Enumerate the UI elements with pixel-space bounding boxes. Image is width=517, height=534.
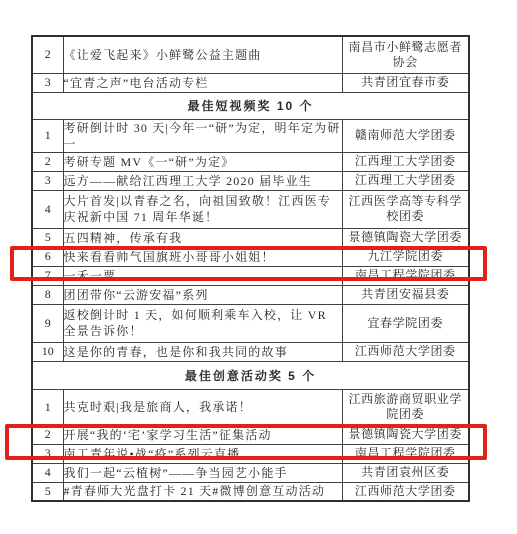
org-cell: 江西旅游商贸职业学院团委 bbox=[342, 389, 469, 425]
title-cell: 大片首发|以青春之名，向祖国致敬！江西医专庆祝新中国 71 周年华诞！ bbox=[63, 190, 342, 228]
title-cell: 五四精神，传承有我 bbox=[63, 228, 342, 247]
document-page: 2 《让爱飞起来》小鲜鹭公益主题曲 南昌市小鲜鹭志愿者协会 3 “宜青之声”电台… bbox=[0, 0, 517, 534]
rank-cell: 4 bbox=[32, 463, 63, 482]
title-cell: 团团带你“云游安福”系列 bbox=[63, 285, 342, 304]
table-row: 6 快来看看帅气国旗班小哥哥小姐姐！ 九江学院团委 bbox=[32, 247, 469, 266]
title-cell: 共克时艰|我是旅商人，我承诺！ bbox=[63, 389, 342, 425]
table-row: 4 大片首发|以青春之名，向祖国致敬！江西医专庆祝新中国 71 周年华诞！ 江西… bbox=[32, 190, 469, 228]
org-cell: 景德镇陶瓷大学团委 bbox=[342, 425, 469, 444]
rank-cell: 3 bbox=[32, 444, 63, 463]
table-row: 10 这是你的青春，也是你和我共同的故事 江西师范大学团委 bbox=[32, 342, 469, 361]
title-cell: 快来看看帅气国旗班小哥哥小姐姐！ bbox=[63, 247, 342, 266]
table-row: 3 远方——献给江西理工大学 2020 届毕业生 江西理工大学团委 bbox=[32, 171, 469, 190]
title-cell: 远方——献给江西理工大学 2020 届毕业生 bbox=[63, 171, 342, 190]
rank-cell: 3 bbox=[32, 73, 63, 92]
awards-table: 2 《让爱飞起来》小鲜鹭公益主题曲 南昌市小鲜鹭志愿者协会 3 “宜青之声”电台… bbox=[31, 35, 470, 502]
table-row: 5 #青春师大光盘打卡 21 天#微博创意互动活动 江西师范大学团委 bbox=[32, 482, 469, 501]
table-row-highlighted: 3 南工青年说•战“疫”系列云直播 南昌工程学院团委 bbox=[32, 444, 469, 463]
section-header-row: 最佳创意活动奖 5 个 bbox=[32, 361, 469, 389]
rank-cell: 4 bbox=[32, 190, 63, 228]
title-cell: 返校倒计时 1 天，如何顺利乘车入校，让 VR 全景告诉你！ bbox=[63, 304, 342, 342]
org-cell: 江西理工大学团委 bbox=[342, 171, 469, 190]
org-cell: 江西师范大学团委 bbox=[342, 342, 469, 361]
rank-cell: 2 bbox=[32, 152, 63, 171]
table-row: 1 共克时艰|我是旅商人，我承诺！ 江西旅游商贸职业学院团委 bbox=[32, 389, 469, 425]
org-cell: 宜春学院团委 bbox=[342, 304, 469, 342]
rank-cell: 1 bbox=[32, 389, 63, 425]
table-row: 8 团团带你“云游安福”系列 共青团安福县委 bbox=[32, 285, 469, 304]
table-row: 4 我们一起“云植树”——争当园艺小能手 共青团袁州区委 bbox=[32, 463, 469, 482]
table-row: 2 开展“我的‘宅’家学习生活”征集活动 景德镇陶瓷大学团委 bbox=[32, 425, 469, 444]
org-cell: 南昌工程学院团委 bbox=[342, 266, 469, 285]
rank-cell: 8 bbox=[32, 285, 63, 304]
rank-cell: 9 bbox=[32, 304, 63, 342]
org-cell: 江西师范大学团委 bbox=[342, 482, 469, 501]
title-cell: #青春师大光盘打卡 21 天#微博创意互动活动 bbox=[63, 482, 342, 501]
section-header: 最佳创意活动奖 5 个 bbox=[32, 361, 469, 389]
title-cell: 《让爱飞起来》小鲜鹭公益主题曲 bbox=[63, 36, 342, 73]
org-cell: 江西理工大学团委 bbox=[342, 152, 469, 171]
title-cell: “宜青之声”电台活动专栏 bbox=[63, 73, 342, 92]
section-header: 最佳短视频奖 10 个 bbox=[32, 92, 469, 119]
table-row: 2 考研专题 MV《一“研”为定》 江西理工大学团委 bbox=[32, 152, 469, 171]
table-row: 1 考研倒计时 30 天|今年一“研”为定，明年定为研一 赣南师范大学团委 bbox=[32, 119, 469, 152]
org-cell: 共青团袁州区委 bbox=[342, 463, 469, 482]
table-row: 2 《让爱飞起来》小鲜鹭公益主题曲 南昌市小鲜鹭志愿者协会 bbox=[32, 36, 469, 73]
org-cell: 九江学院团委 bbox=[342, 247, 469, 266]
table-row-highlighted: 7 一禾一粟 南昌工程学院团委 bbox=[32, 266, 469, 285]
title-cell: 这是你的青春，也是你和我共同的故事 bbox=[63, 342, 342, 361]
rank-cell: 2 bbox=[32, 425, 63, 444]
title-cell: 我们一起“云植树”——争当园艺小能手 bbox=[63, 463, 342, 482]
rank-cell: 7 bbox=[32, 266, 63, 285]
rank-cell: 2 bbox=[32, 36, 63, 73]
rank-cell: 3 bbox=[32, 171, 63, 190]
rank-cell: 5 bbox=[32, 482, 63, 501]
table-row: 5 五四精神，传承有我 景德镇陶瓷大学团委 bbox=[32, 228, 469, 247]
title-cell: 一禾一粟 bbox=[63, 266, 342, 285]
section-header-row: 最佳短视频奖 10 个 bbox=[32, 92, 469, 119]
table-row: 3 “宜青之声”电台活动专栏 共青团宜春市委 bbox=[32, 73, 469, 92]
org-cell: 共青团宜春市委 bbox=[342, 73, 469, 92]
title-cell: 考研倒计时 30 天|今年一“研”为定，明年定为研一 bbox=[63, 119, 342, 152]
table-row: 9 返校倒计时 1 天，如何顺利乘车入校，让 VR 全景告诉你！ 宜春学院团委 bbox=[32, 304, 469, 342]
rank-cell: 1 bbox=[32, 119, 63, 152]
title-cell: 南工青年说•战“疫”系列云直播 bbox=[63, 444, 342, 463]
org-cell: 南昌市小鲜鹭志愿者协会 bbox=[342, 36, 469, 73]
rank-cell: 5 bbox=[32, 228, 63, 247]
rank-cell: 6 bbox=[32, 247, 63, 266]
rank-cell: 10 bbox=[32, 342, 63, 361]
title-cell: 开展“我的‘宅’家学习生活”征集活动 bbox=[63, 425, 342, 444]
org-cell: 共青团安福县委 bbox=[342, 285, 469, 304]
org-cell: 江西医学高等专科学校团委 bbox=[342, 190, 469, 228]
org-cell: 赣南师范大学团委 bbox=[342, 119, 469, 152]
org-cell: 南昌工程学院团委 bbox=[342, 444, 469, 463]
title-cell: 考研专题 MV《一“研”为定》 bbox=[63, 152, 342, 171]
org-cell: 景德镇陶瓷大学团委 bbox=[342, 228, 469, 247]
